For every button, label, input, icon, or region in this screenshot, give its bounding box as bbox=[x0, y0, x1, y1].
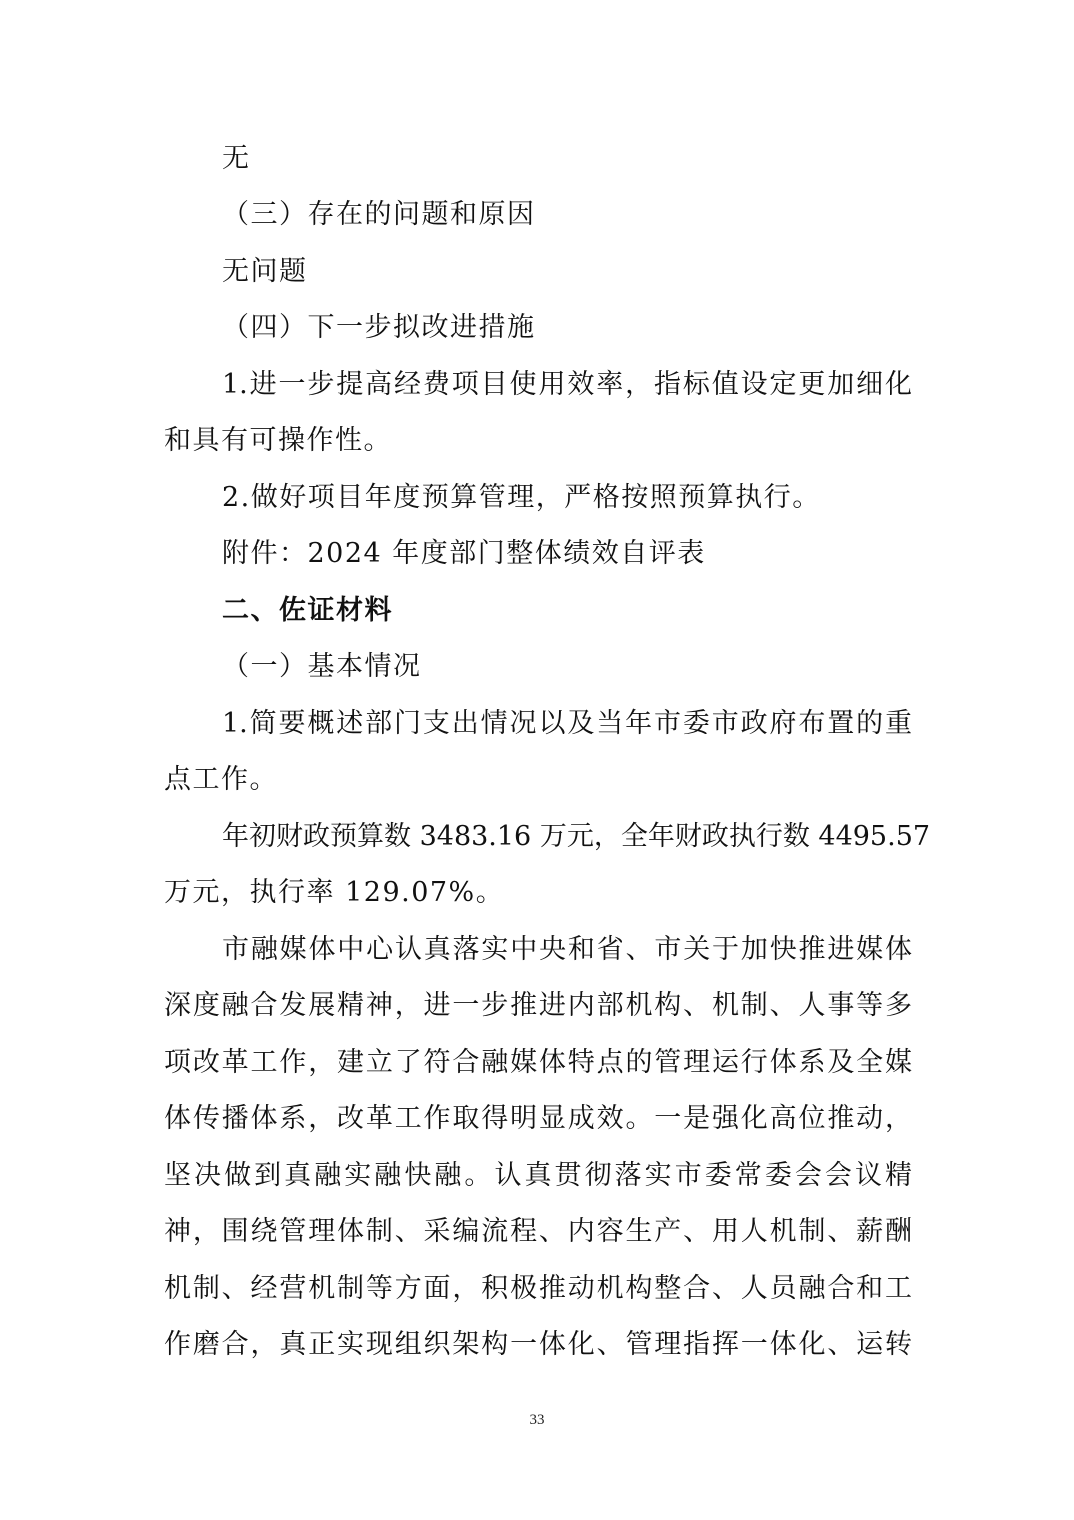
paragraph-line: 年初财政预算数 3483.16 万元，全年财政执行数 4495.57 bbox=[222, 820, 912, 854]
paragraph-line: 和具有可操作性。 bbox=[164, 424, 912, 458]
section-heading: （三）存在的问题和原因 bbox=[222, 198, 912, 232]
paragraph-line: 点工作。 bbox=[164, 763, 912, 797]
paragraph-line: 附件：2024 年度部门整体绩效自评表 bbox=[222, 537, 912, 571]
paragraph-line: 神，围绕管理体制、采编流程、内容生产、用人机制、薪酬 bbox=[164, 1215, 912, 1249]
section-heading: （一）基本情况 bbox=[222, 650, 912, 684]
paragraph-line: 市融媒体中心认真落实中央和省、市关于加快推进媒体 bbox=[222, 933, 912, 967]
section-heading: 二、佐证材料 bbox=[222, 594, 912, 628]
paragraph-line: 机制、经营机制等方面，积极推动机构整合、人员融合和工 bbox=[164, 1272, 912, 1306]
paragraph-line: 万元，执行率 129.07%。 bbox=[164, 876, 912, 910]
paragraph-line: 项改革工作，建立了符合融媒体特点的管理运行体系及全媒 bbox=[164, 1046, 912, 1080]
document-page: 无（三）存在的问题和原因无问题（四）下一步拟改进措施1.进一步提高经费项目使用效… bbox=[0, 0, 1074, 1520]
paragraph-line: 1.简要概述部门支出情况以及当年市委市政府布置的重 bbox=[222, 707, 912, 741]
paragraph-line: 体传播体系，改革工作取得明显成效。一是强化高位推动， bbox=[164, 1102, 912, 1136]
paragraph-line: 2.做好项目年度预算管理，严格按照预算执行。 bbox=[222, 481, 912, 515]
paragraph-line: 作磨合，真正实现组织架构一体化、管理指挥一体化、运转 bbox=[164, 1328, 912, 1362]
paragraph-line: 坚决做到真融实融快融。认真贯彻落实市委常委会会议精 bbox=[164, 1159, 912, 1193]
paragraph-line: 深度融合发展精神，进一步推进内部机构、机制、人事等多 bbox=[164, 989, 912, 1023]
page-number: 33 bbox=[0, 1412, 1074, 1429]
section-heading: （四）下一步拟改进措施 bbox=[222, 311, 912, 345]
paragraph-line: 无问题 bbox=[222, 255, 912, 289]
paragraph-line: 1.进一步提高经费项目使用效率，指标值设定更加细化 bbox=[222, 368, 912, 402]
paragraph-line: 无 bbox=[222, 142, 912, 176]
